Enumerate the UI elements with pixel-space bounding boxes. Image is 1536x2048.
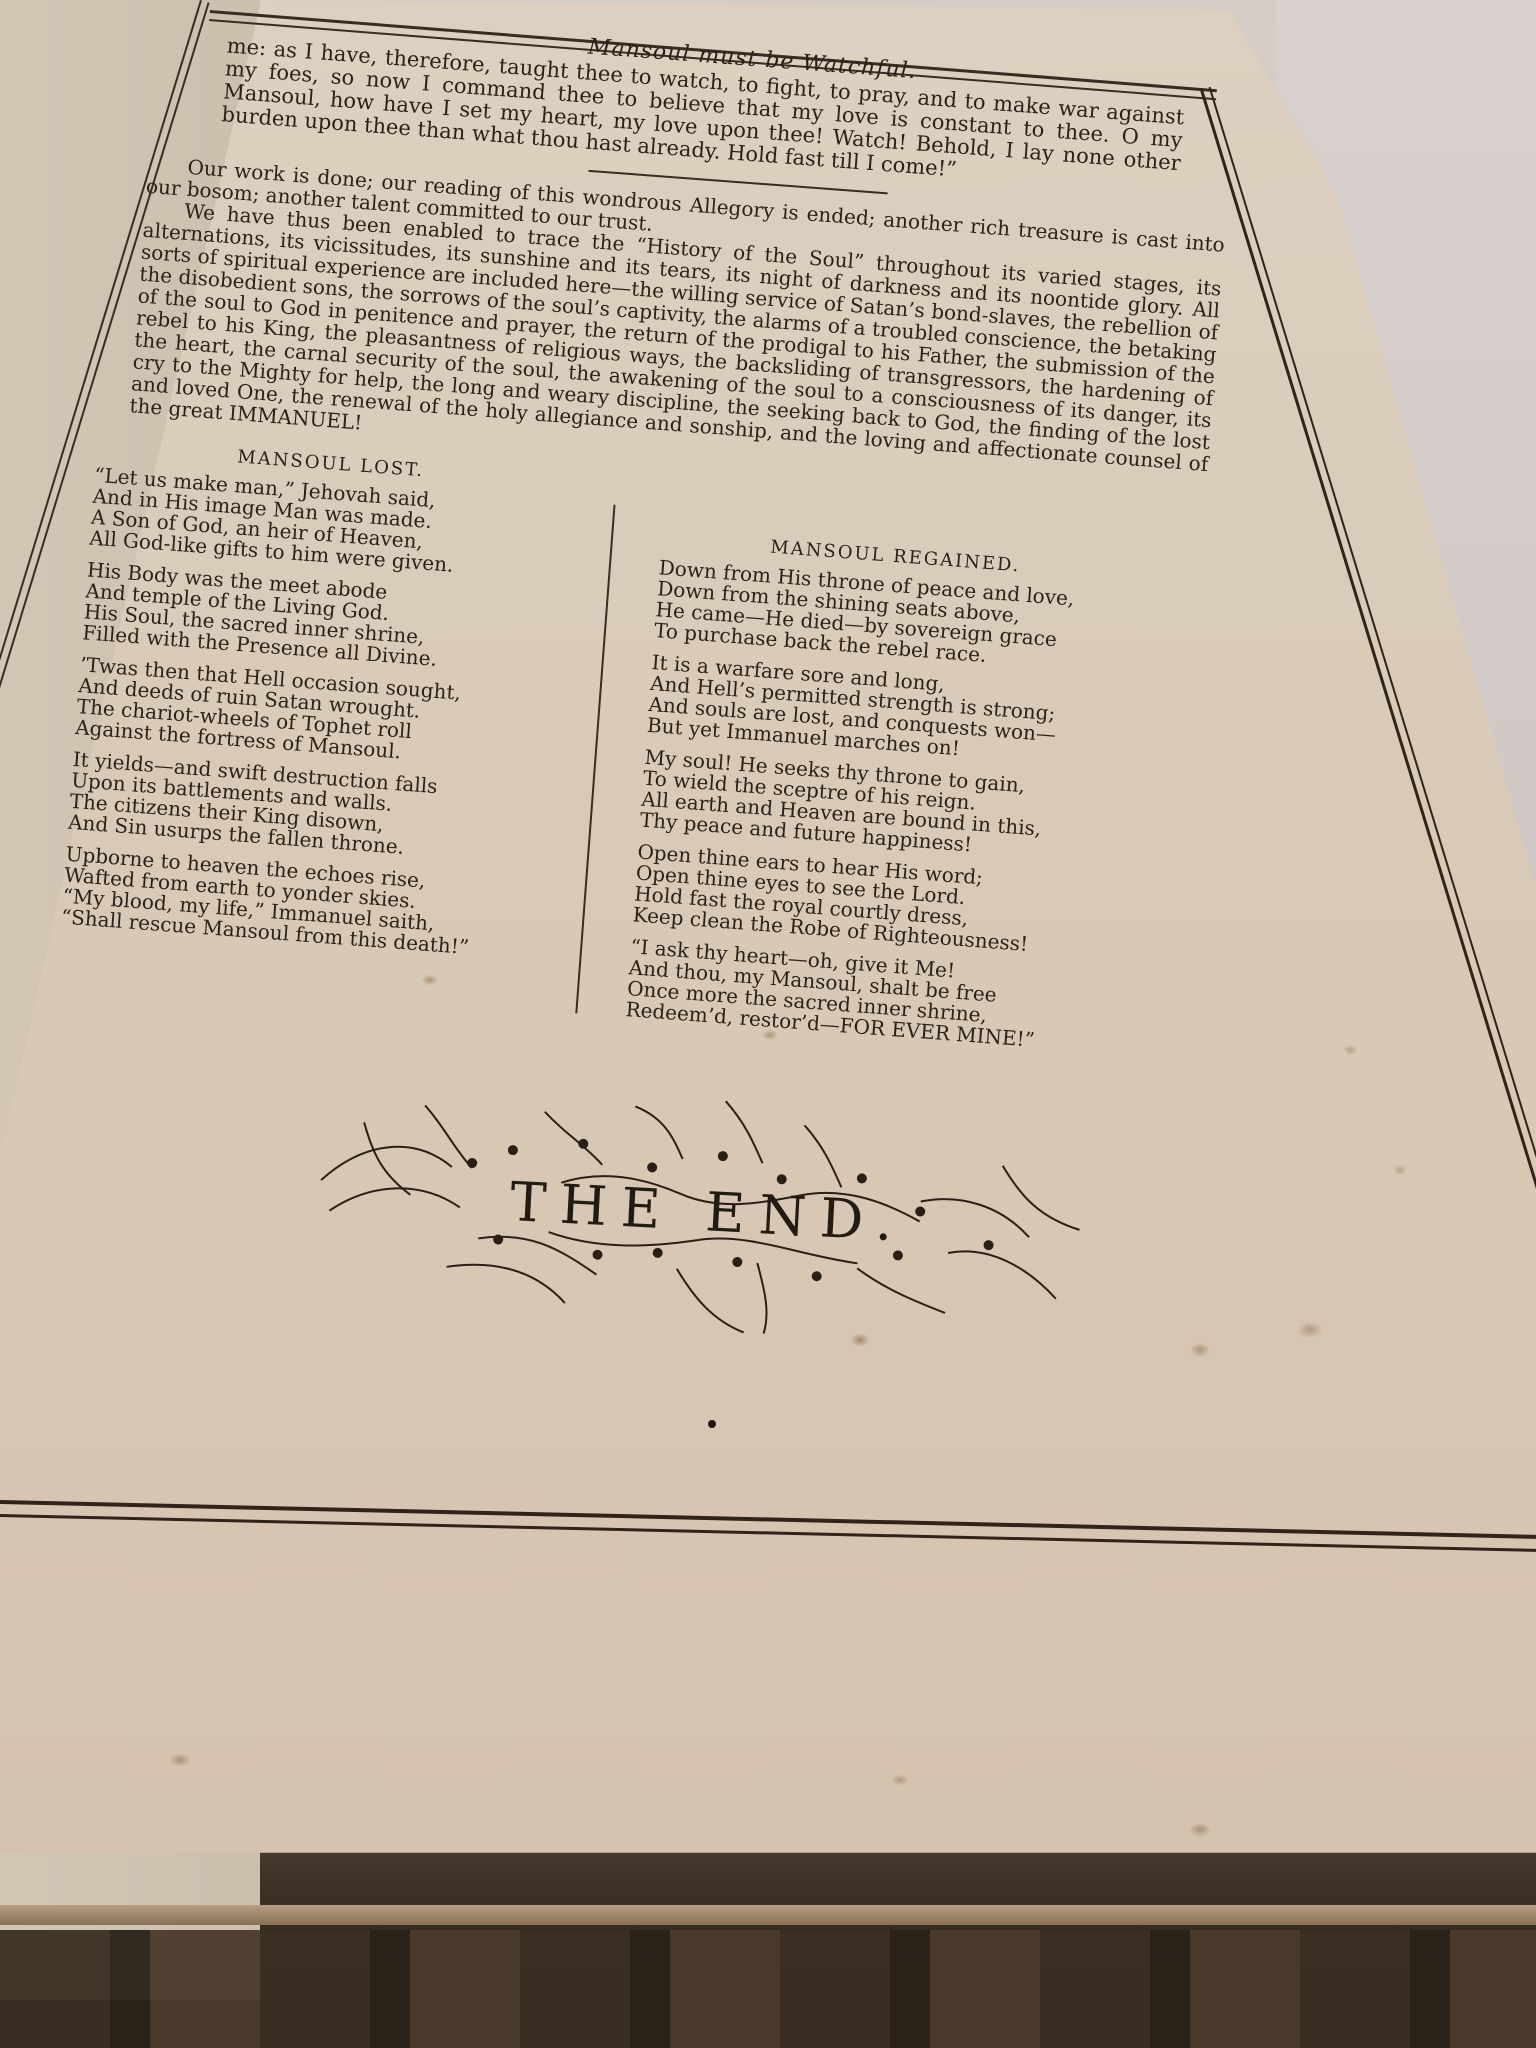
- ink-dot: [708, 1420, 716, 1428]
- photo-scene: Mansoul must be Watchful. me: as I have,…: [0, 0, 1536, 2048]
- poem-mansoul-lost: MANSOUL LOST. “Let us make man,” Jehovah…: [59, 436, 565, 974]
- book-binding-bottom: [0, 1930, 1536, 2048]
- poem-mansoul-regained: MANSOUL REGAINED. Down from His throne o…: [624, 528, 1130, 1066]
- page-text: Mansoul must be Watchful. me: as I have,…: [55, 0, 1247, 1078]
- column-divider: [575, 505, 615, 1014]
- poems: MANSOUL LOST. “Let us make man,” Jehovah…: [55, 436, 1214, 1078]
- page-bottom-edge: [0, 1905, 1536, 1925]
- the-end-ornament: THE END.: [294, 1059, 1107, 1361]
